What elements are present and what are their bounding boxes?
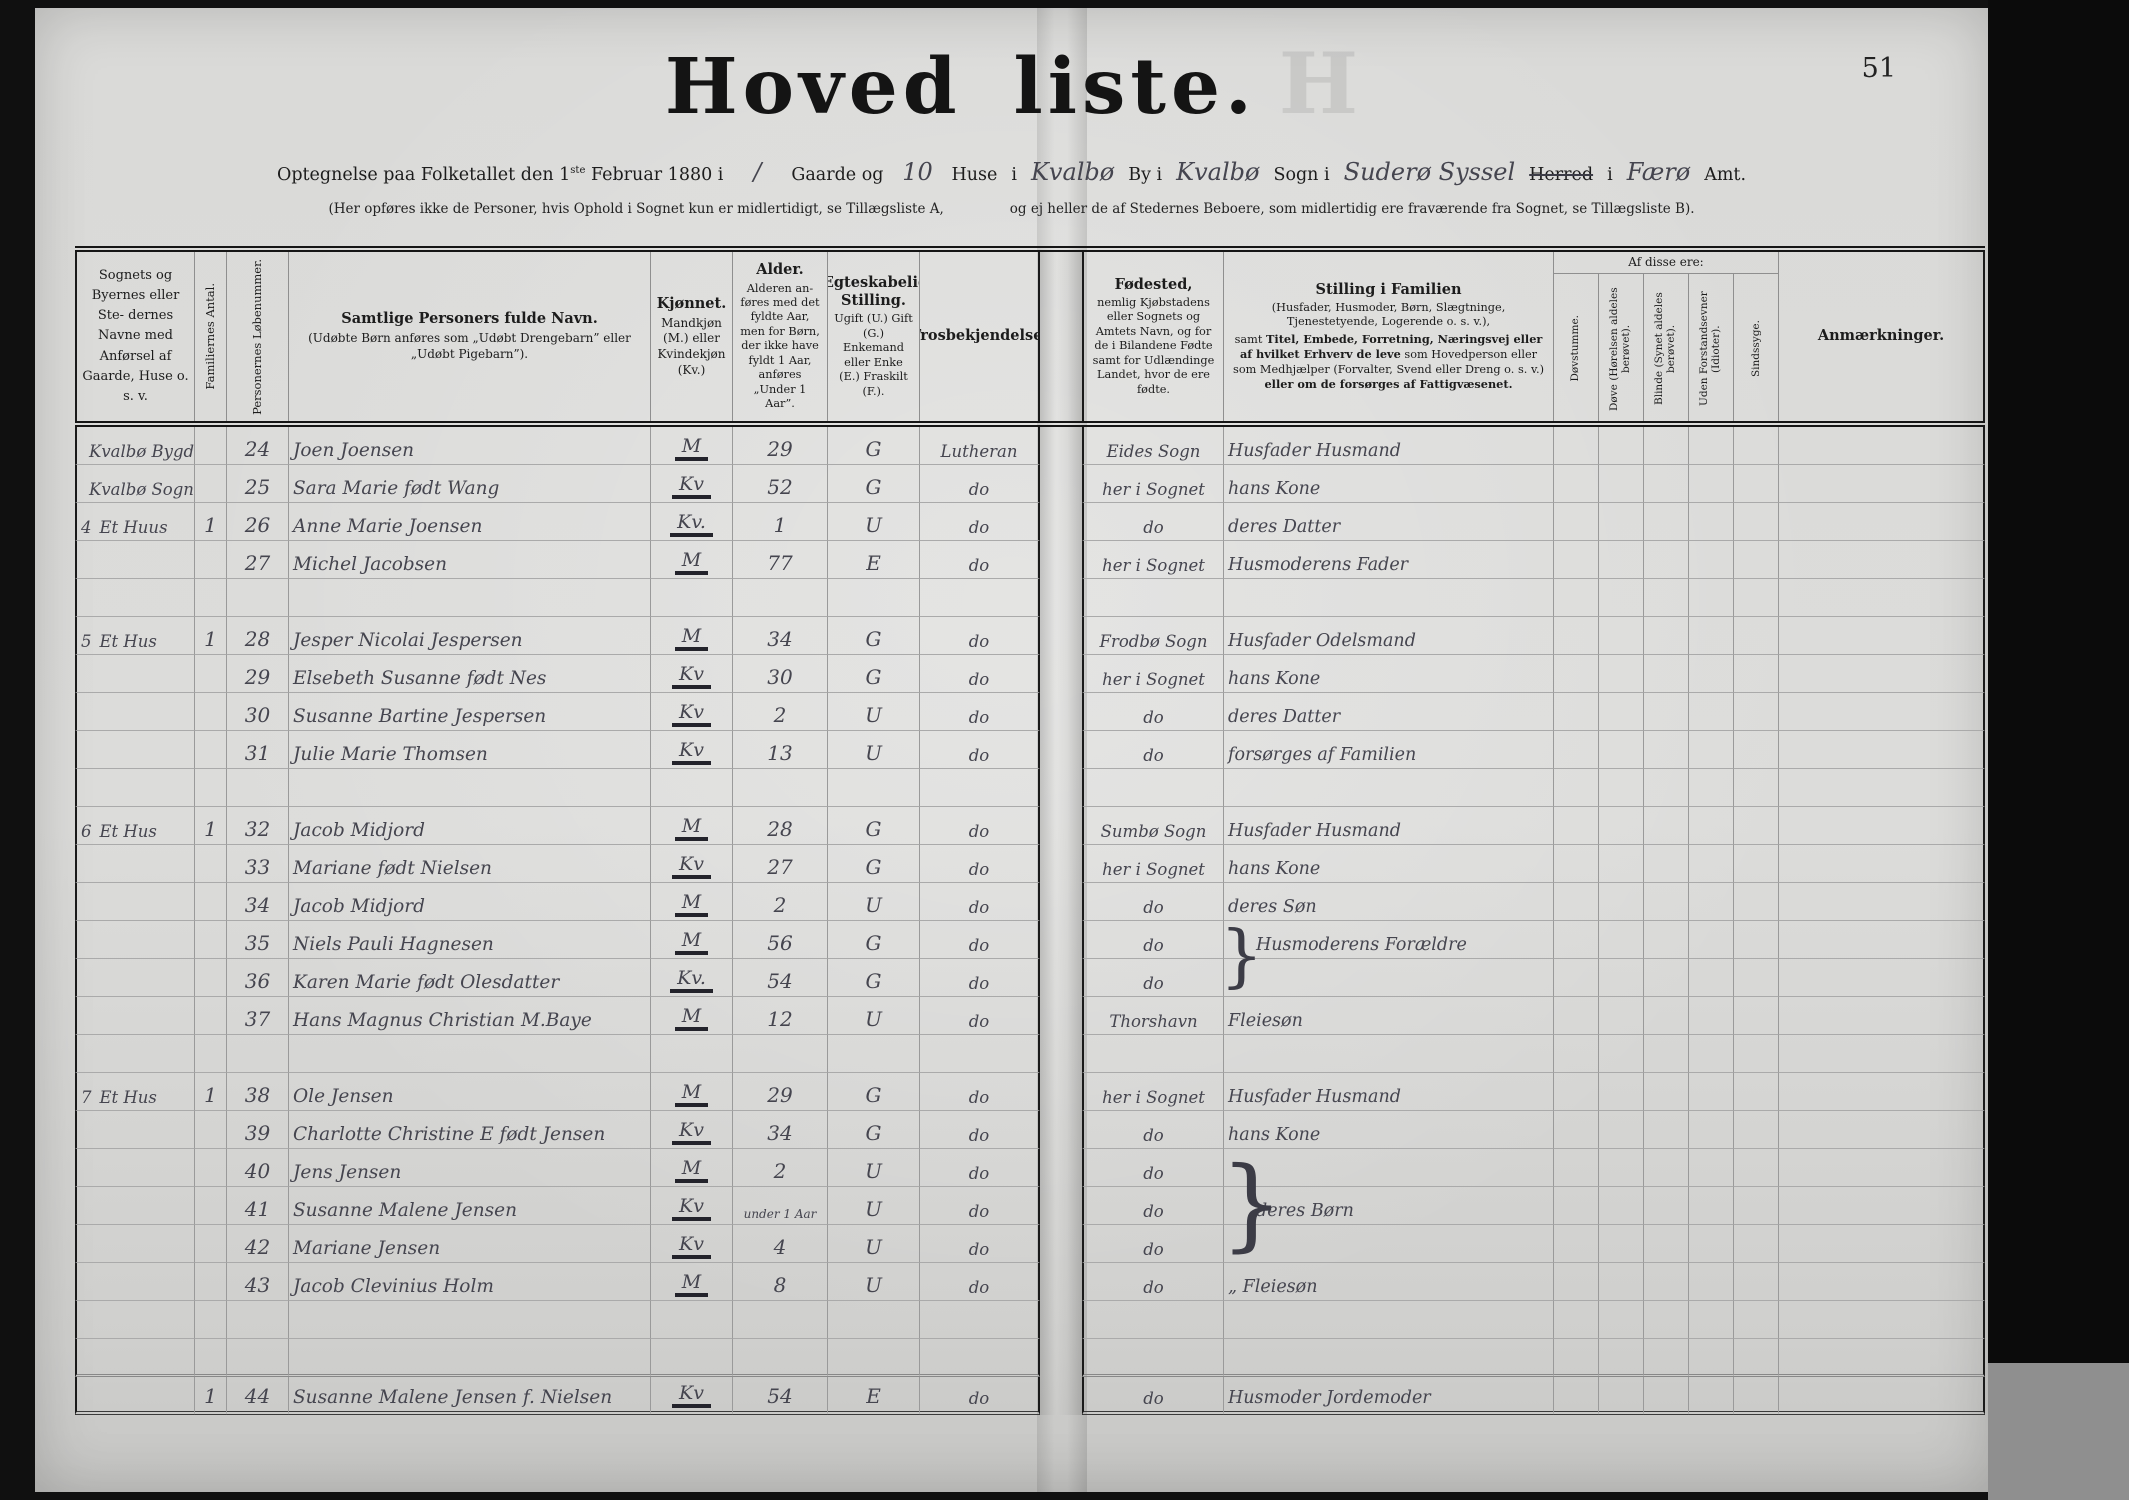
table-row: 35 Niels Pauli Hagnesen M 56 G do do }Hu… — [75, 921, 1985, 959]
cell-blind — [1644, 541, 1689, 579]
cell-position-in-family — [1224, 1339, 1554, 1377]
cell-birthplace — [1082, 1035, 1224, 1073]
gutter-cell — [1040, 655, 1082, 693]
cell-deaf — [1599, 1035, 1644, 1073]
cell-birthplace — [1082, 1339, 1224, 1377]
cell-place — [75, 997, 195, 1035]
table-row: 6Et Hus 1 32 Jacob Midjord M 28 G do Sum… — [75, 807, 1985, 845]
cell-deaf — [1599, 503, 1644, 541]
cell-full-name: Niels Pauli Hagnesen — [289, 921, 651, 959]
cell-marital-status: U — [828, 997, 920, 1035]
title-word-right: liste. — [1014, 42, 1257, 132]
cell-families-count: 1 — [195, 1073, 227, 1111]
cell-families-count — [195, 1339, 227, 1377]
cell-religion — [920, 769, 1040, 807]
cell-position-in-family: Husmoder Jordemoder — [1224, 1377, 1554, 1415]
cell-position-in-family: Husfader Husmand — [1224, 807, 1554, 845]
cell-birthplace: do — [1082, 1187, 1224, 1225]
gutter-cell — [1040, 997, 1082, 1035]
table-row: 1 44 Susanne Malene Jensen f. Nielsen Kv… — [75, 1377, 1985, 1415]
header-sex: Kjønnet. Mandkjøn (M.) eller Kvindekjøn … — [651, 252, 733, 421]
cell-full-name: Jacob Midjord — [289, 883, 651, 921]
cell-sex — [651, 769, 733, 807]
cell-position-in-family: „ Fleiesøn — [1224, 1263, 1554, 1301]
cell-insane — [1734, 1225, 1779, 1263]
cell-place — [75, 1225, 195, 1263]
cell-insane — [1734, 427, 1779, 465]
cell-deaf-mute — [1554, 731, 1599, 769]
table-row: Kvalbø Sogn 25 Sara Marie født Wang Kv 5… — [75, 465, 1985, 503]
cell-deaf-mute — [1554, 769, 1599, 807]
cell-position-in-family: deres Søn — [1224, 883, 1554, 921]
cell-deaf — [1599, 731, 1644, 769]
cell-without-reason — [1689, 1111, 1734, 1149]
cell-position-in-family — [1224, 1035, 1554, 1073]
cell-person-number — [227, 1339, 289, 1377]
cell-religion: do — [920, 997, 1040, 1035]
cell-families-count — [195, 883, 227, 921]
cell-position-in-family: Husfader Husmand — [1224, 427, 1554, 465]
cell-full-name — [289, 579, 651, 617]
cell-deaf-mute — [1554, 845, 1599, 883]
cell-deaf-mute — [1554, 427, 1599, 465]
cell-age: 77 — [733, 541, 828, 579]
cell-deaf — [1599, 1339, 1644, 1377]
gutter-cell — [1040, 1377, 1082, 1415]
cell-place — [75, 1377, 195, 1415]
cell-families-count — [195, 1187, 227, 1225]
cell-marital-status: U — [828, 1263, 920, 1301]
cell-remarks — [1779, 1035, 1985, 1073]
cell-religion: do — [920, 1073, 1040, 1111]
cell-person-number: 29 — [227, 655, 289, 693]
cell-sex: M — [651, 427, 733, 465]
cell-full-name: Mariane Jensen — [289, 1225, 651, 1263]
cell-religion: Lutheran — [920, 427, 1040, 465]
cell-marital-status: G — [828, 465, 920, 503]
herred-handwritten-value: Suderø Syssel — [1344, 158, 1516, 186]
cell-families-count: 1 — [195, 1377, 227, 1415]
cell-deaf-mute — [1554, 1339, 1599, 1377]
cell-position-in-family: }deres Børn — [1224, 1187, 1554, 1225]
header-insane: Sindssyge. — [1734, 274, 1779, 422]
cell-deaf — [1599, 1263, 1644, 1301]
cell-deaf — [1599, 1377, 1644, 1415]
header-remarks: Anmærkninger. — [1779, 252, 1985, 421]
cell-position-in-family: hans Kone — [1224, 1111, 1554, 1149]
cell-deaf — [1599, 1111, 1644, 1149]
cell-age — [733, 1339, 828, 1377]
cell-place — [75, 921, 195, 959]
cell-without-reason — [1689, 845, 1734, 883]
cell-deaf-mute — [1554, 1377, 1599, 1415]
cell-person-number: 33 — [227, 845, 289, 883]
cell-insane — [1734, 1377, 1779, 1415]
cell-marital-status: U — [828, 1149, 920, 1187]
cell-remarks — [1779, 769, 1985, 807]
cell-deaf — [1599, 465, 1644, 503]
cell-remarks — [1779, 731, 1985, 769]
cell-deaf — [1599, 769, 1644, 807]
cell-birthplace: her i Sognet — [1082, 465, 1224, 503]
header-religion: Trosbekjendelse. — [920, 252, 1040, 421]
cell-full-name: Sara Marie født Wang — [289, 465, 651, 503]
table-row: 31 Julie Marie Thomsen Kv 13 U do do for… — [75, 731, 1985, 769]
gutter-cell — [1040, 921, 1082, 959]
cell-place — [75, 959, 195, 997]
cell-full-name — [289, 1339, 651, 1377]
cell-insane — [1734, 541, 1779, 579]
cell-blind — [1644, 1339, 1689, 1377]
cell-full-name: Jacob Clevinius Holm — [289, 1263, 651, 1301]
cell-insane — [1734, 1301, 1779, 1339]
cell-place — [75, 1035, 195, 1073]
cell-age: 13 — [733, 731, 828, 769]
table-row — [75, 1301, 1985, 1339]
cell-religion: do — [920, 617, 1040, 655]
paper-spread: 51 Hoved liste. H Optegnelse paa Folketa… — [35, 8, 1988, 1492]
cell-sex: Kv — [651, 1225, 733, 1263]
cell-deaf-mute — [1554, 579, 1599, 617]
cell-full-name: Anne Marie Joensen — [289, 503, 651, 541]
cell-remarks — [1779, 1339, 1985, 1377]
cell-person-number: 43 — [227, 1263, 289, 1301]
cell-deaf — [1599, 427, 1644, 465]
cell-marital-status: U — [828, 731, 920, 769]
cell-birthplace: do — [1082, 921, 1224, 959]
cell-age: 54 — [733, 959, 828, 997]
cell-marital-status: G — [828, 807, 920, 845]
cell-place — [75, 1111, 195, 1149]
cell-remarks — [1779, 1377, 1985, 1415]
cell-religion: do — [920, 883, 1040, 921]
gutter-cell — [1040, 1073, 1082, 1111]
cell-sex: Kv — [651, 1111, 733, 1149]
cell-full-name: Charlotte Christine E født Jensen — [289, 1111, 651, 1149]
table-row: 36 Karen Marie født Olesdatter Kv. 54 G … — [75, 959, 1985, 997]
cell-full-name: Elsebeth Susanne født Nes — [289, 655, 651, 693]
cell-blind — [1644, 1035, 1689, 1073]
cell-without-reason — [1689, 731, 1734, 769]
cell-insane — [1734, 921, 1779, 959]
cell-religion: do — [920, 959, 1040, 997]
cell-sex — [651, 1339, 733, 1377]
cell-marital-status: U — [828, 1225, 920, 1263]
cell-age: 34 — [733, 617, 828, 655]
cell-without-reason — [1689, 921, 1734, 959]
intro-printed-text: Optegnelse paa Folketallet den 1ste Febr… — [277, 165, 723, 185]
cell-families-count — [195, 1225, 227, 1263]
cell-without-reason — [1689, 693, 1734, 731]
cell-sex: Kv — [651, 1377, 733, 1415]
cell-full-name: Hans Magnus Christian M.Baye — [289, 997, 651, 1035]
cell-age: 54 — [733, 1377, 828, 1415]
cell-deaf-mute — [1554, 503, 1599, 541]
cell-religion: do — [920, 1149, 1040, 1187]
cell-sex — [651, 1035, 733, 1073]
by-label: By i — [1128, 165, 1162, 185]
cell-place — [75, 655, 195, 693]
cell-place: Kvalbø Bygd — [75, 427, 195, 465]
cell-marital-status: G — [828, 959, 920, 997]
cell-blind — [1644, 1073, 1689, 1111]
cell-families-count — [195, 731, 227, 769]
cell-full-name: Susanne Malene Jensen — [289, 1187, 651, 1225]
header-position-in-family: Stilling i Familien (Husfader, Husmoder,… — [1224, 252, 1554, 421]
cell-insane — [1734, 655, 1779, 693]
cell-religion: do — [920, 807, 1040, 845]
cell-person-number: 42 — [227, 1225, 289, 1263]
cell-marital-status — [828, 769, 920, 807]
cell-families-count — [195, 1263, 227, 1301]
cell-blind — [1644, 1187, 1689, 1225]
cell-birthplace: do — [1082, 1111, 1224, 1149]
cell-person-number — [227, 579, 289, 617]
cell-families-count — [195, 1035, 227, 1073]
cell-religion: do — [920, 655, 1040, 693]
cell-deaf — [1599, 579, 1644, 617]
cell-full-name: Jesper Nicolai Jespersen — [289, 617, 651, 655]
cell-without-reason — [1689, 959, 1734, 997]
cell-birthplace: her i Sognet — [1082, 541, 1224, 579]
cell-person-number: 36 — [227, 959, 289, 997]
cell-position-in-family — [1224, 769, 1554, 807]
cell-age: 2 — [733, 1149, 828, 1187]
cell-place — [75, 1301, 195, 1339]
cell-insane — [1734, 845, 1779, 883]
cell-blind — [1644, 617, 1689, 655]
cell-sex: M — [651, 807, 733, 845]
cell-blind — [1644, 1263, 1689, 1301]
cell-person-number: 31 — [227, 731, 289, 769]
scan-background-right — [1988, 0, 2129, 1363]
cell-blind — [1644, 503, 1689, 541]
cell-position-in-family — [1224, 1149, 1554, 1187]
cell-families-count — [195, 997, 227, 1035]
cell-marital-status: G — [828, 655, 920, 693]
cell-birthplace: do — [1082, 1377, 1224, 1415]
cell-families-count — [195, 693, 227, 731]
cell-families-count — [195, 959, 227, 997]
cell-position-in-family — [1224, 1301, 1554, 1339]
cell-birthplace: do — [1082, 693, 1224, 731]
cell-without-reason — [1689, 655, 1734, 693]
cell-without-reason — [1689, 465, 1734, 503]
cell-position-in-family — [1224, 1225, 1554, 1263]
cell-birthplace: her i Sognet — [1082, 655, 1224, 693]
cell-marital-status: G — [828, 617, 920, 655]
cell-blind — [1644, 1301, 1689, 1339]
cell-sex: M — [651, 883, 733, 921]
cell-remarks — [1779, 1263, 1985, 1301]
cell-blind — [1644, 959, 1689, 997]
cell-age: 8 — [733, 1263, 828, 1301]
table-row: 30 Susanne Bartine Jespersen Kv 2 U do d… — [75, 693, 1985, 731]
gutter-cell — [1040, 845, 1082, 883]
gutter-cell — [1040, 731, 1082, 769]
cell-position-in-family — [1224, 959, 1554, 997]
cell-person-number: 41 — [227, 1187, 289, 1225]
cell-deaf-mute — [1554, 1187, 1599, 1225]
cell-position-in-family: deres Datter — [1224, 503, 1554, 541]
cell-blind — [1644, 807, 1689, 845]
huse-handwritten-value: 10 — [897, 158, 937, 186]
cell-without-reason — [1689, 1263, 1734, 1301]
cell-insane — [1734, 1187, 1779, 1225]
cell-without-reason — [1689, 883, 1734, 921]
cell-religion: do — [920, 1225, 1040, 1263]
cell-insane — [1734, 1339, 1779, 1377]
cell-insane — [1734, 503, 1779, 541]
cell-deaf-mute — [1554, 1035, 1599, 1073]
cell-place — [75, 541, 195, 579]
cell-without-reason — [1689, 997, 1734, 1035]
table-row: 39 Charlotte Christine E født Jensen Kv … — [75, 1111, 1985, 1149]
cell-religion: do — [920, 465, 1040, 503]
amt-handwritten-value: Færø — [1627, 158, 1691, 186]
cell-birthplace: do — [1082, 731, 1224, 769]
cell-birthplace — [1082, 579, 1224, 617]
cell-families-count — [195, 579, 227, 617]
cell-person-number: 26 — [227, 503, 289, 541]
scan-background-corner — [1988, 1363, 2129, 1500]
cell-position-in-family: deres Datter — [1224, 693, 1554, 731]
cell-full-name: Susanne Bartine Jespersen — [289, 693, 651, 731]
cell-sex: Kv — [651, 845, 733, 883]
gutter-cell — [1040, 1225, 1082, 1263]
cell-deaf — [1599, 1225, 1644, 1263]
cell-families-count — [195, 1301, 227, 1339]
cell-full-name — [289, 1035, 651, 1073]
cell-blind — [1644, 1111, 1689, 1149]
table-row: 27 Michel Jacobsen M 77 E do her i Sogne… — [75, 541, 1985, 579]
cell-position-in-family: hans Kone — [1224, 845, 1554, 883]
cell-families-count — [195, 921, 227, 959]
header-families-count: Familiernes Antal. — [195, 252, 227, 421]
cell-blind — [1644, 1225, 1689, 1263]
cell-person-number: 28 — [227, 617, 289, 655]
cell-religion — [920, 1339, 1040, 1377]
cell-place — [75, 1263, 195, 1301]
table-row: 40 Jens Jensen M 2 U do do — [75, 1149, 1985, 1187]
cell-religion: do — [920, 1377, 1040, 1415]
gutter-cell — [1040, 503, 1082, 541]
cell-religion: do — [920, 693, 1040, 731]
cell-age — [733, 1301, 828, 1339]
cell-remarks — [1779, 1111, 1985, 1149]
header-of-these-are-group: Af disse ere: Døvstumme. Døve (Hørelsen … — [1554, 252, 1779, 421]
cell-marital-status: U — [828, 1187, 920, 1225]
scanned-census-page: 51 Hoved liste. H Optegnelse paa Folketa… — [0, 0, 2129, 1500]
cell-without-reason — [1689, 1073, 1734, 1111]
cell-remarks — [1779, 883, 1985, 921]
cell-position-in-family: Husmoderens Fader — [1224, 541, 1554, 579]
cell-marital-status: E — [828, 1377, 920, 1415]
cell-age: 34 — [733, 1111, 828, 1149]
cell-age — [733, 579, 828, 617]
cell-deaf-mute — [1554, 1301, 1599, 1339]
cell-birthplace: do — [1082, 1149, 1224, 1187]
gutter-cell — [1040, 1149, 1082, 1187]
cell-blind — [1644, 693, 1689, 731]
header-deaf: Døve (Hørelsen aldeles berøvet). — [1599, 274, 1644, 422]
cell-families-count — [195, 465, 227, 503]
cell-marital-status — [828, 1035, 920, 1073]
intro-i2: i — [1607, 165, 1613, 185]
cell-religion: do — [920, 845, 1040, 883]
cell-remarks — [1779, 579, 1985, 617]
cell-families-count: 1 — [195, 807, 227, 845]
cell-sex: Kv — [651, 655, 733, 693]
cell-deaf-mute — [1554, 1225, 1599, 1263]
cell-person-number: 37 — [227, 997, 289, 1035]
cell-birthplace: do — [1082, 1263, 1224, 1301]
cell-place — [75, 731, 195, 769]
cell-age: 1 — [733, 503, 828, 541]
cell-insane — [1734, 1263, 1779, 1301]
cell-blind — [1644, 883, 1689, 921]
cell-deaf-mute — [1554, 655, 1599, 693]
cell-blind — [1644, 769, 1689, 807]
cell-deaf-mute — [1554, 1111, 1599, 1149]
cell-deaf — [1599, 1301, 1644, 1339]
cell-place: 4Et Huus — [75, 503, 195, 541]
gutter-cell — [1040, 1035, 1082, 1073]
table-row: 41 Susanne Malene Jensen Kv under 1 Aar … — [75, 1187, 1985, 1225]
table-row: Kvalbø Bygd 24 Joen Joensen M 29 G Luthe… — [75, 427, 1985, 465]
cell-birthplace: Thorshavn — [1082, 997, 1224, 1035]
cell-religion: do — [920, 921, 1040, 959]
cell-full-name: Julie Marie Thomsen — [289, 731, 651, 769]
cell-remarks — [1779, 921, 1985, 959]
cell-person-number: 30 — [227, 693, 289, 731]
cell-person-number: 32 — [227, 807, 289, 845]
cell-insane — [1734, 1073, 1779, 1111]
cell-marital-status: G — [828, 1111, 920, 1149]
cell-full-name — [289, 1301, 651, 1339]
cell-remarks — [1779, 503, 1985, 541]
cell-remarks — [1779, 997, 1985, 1035]
cell-deaf — [1599, 541, 1644, 579]
cell-blind — [1644, 465, 1689, 503]
cell-sex: M — [651, 1149, 733, 1187]
cell-full-name: Ole Jensen — [289, 1073, 651, 1111]
cell-without-reason — [1689, 1225, 1734, 1263]
herred-label-struck: Herred — [1529, 165, 1593, 185]
header-person-number: Personernes Løbenummer. — [227, 252, 289, 421]
cell-remarks — [1779, 1225, 1985, 1263]
intro-i: i — [1011, 165, 1017, 185]
header-full-name: Samtlige Personers fulde Navn. (Udøbte B… — [289, 252, 651, 421]
cell-sex: Kv. — [651, 503, 733, 541]
table-header-row: Sognets og Byernes eller Ste- dernes Nav… — [75, 246, 1985, 427]
cell-families-count: 1 — [195, 503, 227, 541]
cell-age: 12 — [733, 997, 828, 1035]
cell-birthplace — [1082, 769, 1224, 807]
gutter-cell — [1040, 807, 1082, 845]
header-age: Alder. Alderen an- føres med det fyldte … — [733, 252, 828, 421]
cell-remarks — [1779, 959, 1985, 997]
cell-full-name: Michel Jacobsen — [289, 541, 651, 579]
sogn-handwritten-value: Kvalbø — [1176, 158, 1259, 186]
table-row: 42 Mariane Jensen Kv 4 U do do — [75, 1225, 1985, 1263]
cell-deaf-mute — [1554, 1073, 1599, 1111]
cell-remarks — [1779, 693, 1985, 731]
cell-full-name: Karen Marie født Olesdatter — [289, 959, 651, 997]
cell-marital-status: E — [828, 541, 920, 579]
gutter-cell — [1040, 617, 1082, 655]
cell-remarks — [1779, 807, 1985, 845]
